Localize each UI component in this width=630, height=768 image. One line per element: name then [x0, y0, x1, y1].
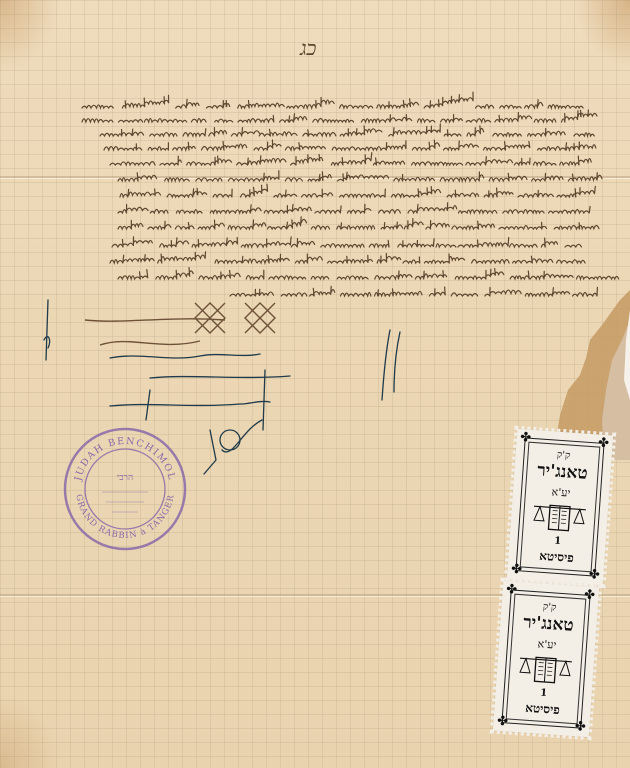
svg-text:GRAND RABBIN à TANGER: GRAND RABBIN à TANGER — [73, 494, 176, 542]
ornament-icon: ✤ — [596, 436, 611, 451]
revenue-stamp: ✤ ✤ ✤ ✤ ק'ק טאנג'יר יע'א 1 פיסיטא — [493, 581, 599, 737]
revenue-stamp: ✤ ✤ ✤ ✤ ק'ק טאנג'יר יע'א 1 פיסיטא — [507, 429, 613, 585]
ornament-icon: ✤ — [587, 568, 602, 583]
ornament-icon: ✤ — [518, 431, 533, 446]
ornament-icon: ✤ — [582, 588, 597, 603]
rabbinical-seal: JUDAH BENCHIMOL GRAND RABBIN à TANGER הר… — [62, 426, 188, 552]
ornament-icon: ✤ — [504, 583, 519, 598]
ornament-icon: ✤ — [509, 563, 524, 578]
book-scales-icon — [516, 652, 574, 686]
book-scales-icon — [530, 500, 588, 534]
document-page: כג — [0, 0, 630, 768]
ornament-icon: ✤ — [573, 720, 588, 735]
ornament-icon: ✤ — [495, 715, 510, 730]
svg-text:הרבי: הרבי — [117, 473, 133, 483]
